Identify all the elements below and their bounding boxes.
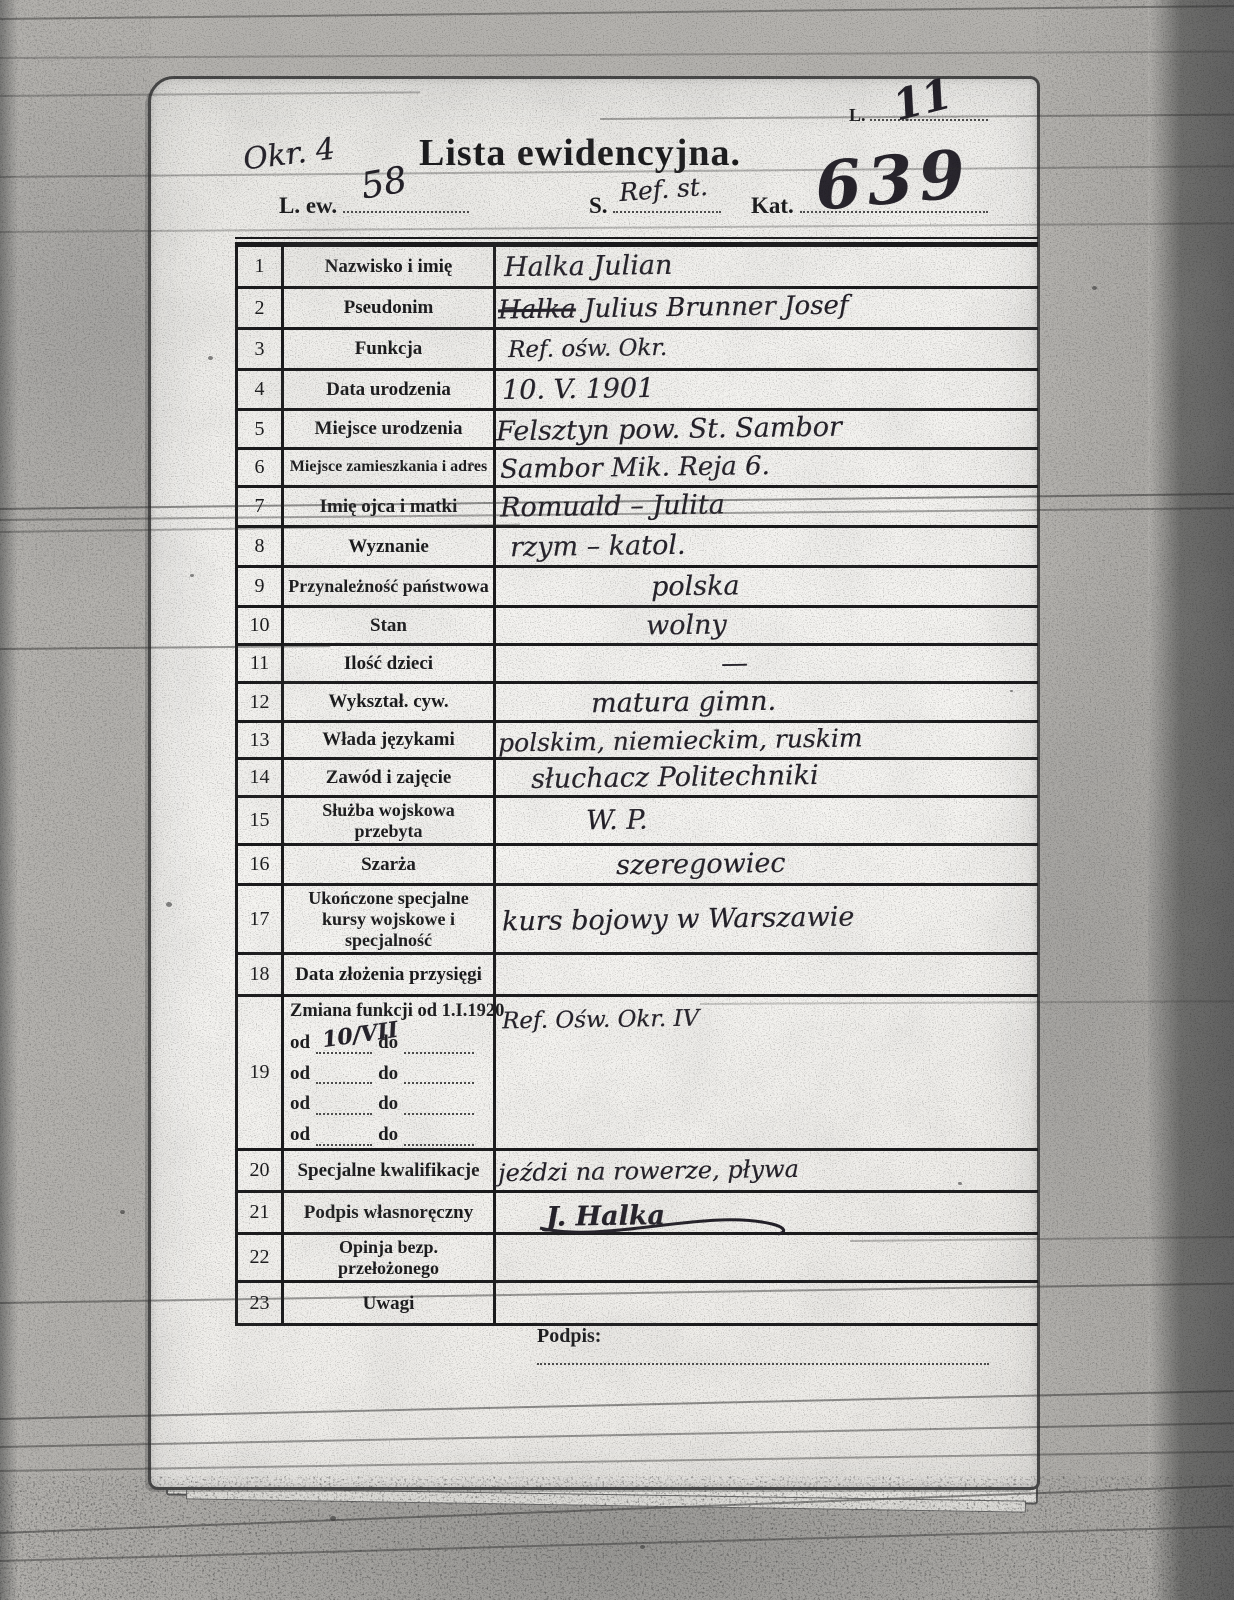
- row-label: Szarża: [284, 846, 496, 883]
- field-l-label: L.: [849, 105, 866, 125]
- row-number-text: 10: [250, 614, 270, 637]
- dotted-line: [316, 1070, 372, 1084]
- field-s-label: S.: [589, 193, 608, 218]
- row-value: Halka Julius Brunner Josef: [496, 289, 1038, 327]
- handwritten-value: Ref. ośw. Okr.: [508, 335, 667, 363]
- row-label-text: Miejsce urodzenia: [315, 418, 463, 440]
- table-row: 13Włada językamipolskim, niemieckim, rus…: [238, 723, 1038, 760]
- field-kat-label: Kat.: [751, 193, 794, 218]
- row-number-text: 13: [250, 729, 270, 752]
- row-value: W. P.: [496, 798, 1038, 843]
- row-label-text: Nazwisko i imię: [325, 256, 453, 278]
- row-label-text: Data urodzenia: [326, 379, 451, 401]
- handwritten-s-value: Ref. st.: [618, 172, 709, 207]
- row-number-text: 12: [250, 691, 270, 714]
- scan-right-dark-strip: [1148, 0, 1234, 1600]
- row-number-text: 21: [250, 1201, 270, 1224]
- footer-podpis: Podpis:: [537, 1325, 1037, 1371]
- row-label-text: Data złożenia przysięgi: [295, 964, 482, 986]
- handwritten-value: Ref. Ośw. Okr. IV: [496, 1006, 699, 1035]
- do-label: do: [378, 1124, 398, 1146]
- row-number-text: 23: [250, 1292, 270, 1315]
- row-number-text: 9: [255, 575, 265, 598]
- scanned-document: Okr. 4 Lista ewidencyjna. L. 11 L. ew. 5…: [0, 0, 1234, 1600]
- row-label: Data urodzenia: [284, 371, 496, 408]
- table-row: 15Służba wojskowa przebytaW. P.: [238, 798, 1038, 846]
- row-label: Specjalne kwalifikacje: [284, 1151, 496, 1190]
- field-l-ew-label: L. ew.: [279, 193, 337, 218]
- handwritten-value: kurs bojowy w Warszawie: [502, 901, 855, 937]
- row-label-zmiana-funkcji: Zmiana funkcji od 1.I.1920oddooddooddood…: [284, 997, 496, 1148]
- row-value: Sambor Mik. Reja 6.: [496, 450, 1038, 485]
- row-label: Przynależność państwowa: [284, 568, 496, 605]
- handwritten-value: W. P.: [586, 805, 648, 837]
- table-row: 12Wykształ. cyw.matura gimn.: [238, 684, 1038, 723]
- handwritten-value: Felsztyn pow. St. Sambor: [496, 411, 842, 447]
- ink-speck: [640, 1545, 645, 1549]
- handwritten-value: szeregowiec: [616, 848, 786, 881]
- row-number: 2: [238, 289, 284, 327]
- row-value: Ref. ośw. Okr.: [496, 330, 1038, 368]
- row-number: 10: [238, 608, 284, 643]
- ink-speck: [120, 1210, 125, 1214]
- ink-speck: [330, 1516, 336, 1521]
- handwritten-value: rzym – katol.: [510, 530, 686, 563]
- row-number-text: 15: [250, 809, 270, 832]
- handwritten-value: Halka Julius Brunner Josef: [498, 291, 849, 326]
- row-number: 4: [238, 371, 284, 408]
- table-row: 23Uwagi: [238, 1283, 1038, 1326]
- table-row: 4Data urodzenia10. V. 1901: [238, 371, 1038, 411]
- table-row: 10Stanwolny: [238, 608, 1038, 646]
- row-number: 22: [238, 1235, 284, 1280]
- row-label: Zawód i zajęcie: [284, 760, 496, 795]
- od-do-line: oddo: [290, 1093, 489, 1115]
- ink-speck: [905, 118, 909, 121]
- row-label-text: Wyznanie: [348, 536, 429, 558]
- row-label-text: Przynależność państwowa: [288, 576, 489, 597]
- od-do-line: oddo: [290, 1124, 489, 1146]
- ink-speck: [470, 462, 473, 464]
- row-number-text: 19: [250, 1061, 270, 1084]
- table-row: 1Nazwisko i imięHalka Julian: [238, 247, 1038, 289]
- od-do-line: oddo: [290, 1063, 489, 1085]
- dotted-line: [316, 1132, 372, 1146]
- row-number: 12: [238, 684, 284, 720]
- handwriting-text: Julius Brunner Josef: [576, 291, 849, 325]
- row-label: Ukończone specjalne kursy wojskowe i spe…: [284, 886, 496, 952]
- dotted-line: [404, 1101, 474, 1115]
- row-value: J. Halka: [496, 1193, 1038, 1232]
- do-label: do: [378, 1063, 398, 1085]
- row-number: 15: [238, 798, 284, 843]
- table-row: 17Ukończone specjalne kursy wojskowe i s…: [238, 886, 1038, 955]
- row-label: Wyznanie: [284, 528, 496, 565]
- footer-podpis-label: Podpis:: [537, 1325, 601, 1347]
- handwritten-value: Sambor Mik. Reja 6.: [500, 451, 770, 485]
- row-value: Felsztyn pow. St. Sambor: [496, 411, 1038, 447]
- row-value: szeregowiec: [496, 846, 1038, 883]
- row-number-text: 3: [255, 338, 265, 361]
- row-value: matura gimn.: [496, 684, 1038, 720]
- row-number-text: 14: [250, 766, 270, 789]
- row-number-text: 2: [255, 297, 265, 320]
- od-label: od: [290, 1093, 310, 1115]
- row-value: polskim, niemieckim, ruskim: [496, 723, 1038, 757]
- struck-text: Halka: [498, 294, 576, 325]
- row-value: Romuald – Julita: [496, 488, 1038, 525]
- ink-speck: [166, 902, 172, 907]
- row-label: Imię ojca i matki: [284, 488, 496, 525]
- row-label-text: Stan: [370, 615, 407, 637]
- row-label-text: Szarża: [361, 854, 416, 876]
- row-value: jeździ na rowerze, pływa: [496, 1151, 1038, 1190]
- row-label: Stan: [284, 608, 496, 643]
- row-value: polska: [496, 568, 1038, 605]
- row-number-text: 6: [255, 456, 265, 479]
- row-label-text: Ilość dzieci: [344, 653, 433, 675]
- row-number-text: 20: [250, 1159, 270, 1182]
- row-number: 13: [238, 723, 284, 757]
- row-value: [496, 1235, 1038, 1280]
- row-label-text: Zawód i zajęcie: [326, 767, 452, 789]
- handwritten-value: matura gimn.: [591, 685, 776, 719]
- row-label: Wykształ. cyw.: [284, 684, 496, 720]
- table-row: 20Specjalne kwalifikacjejeździ na rowerz…: [238, 1151, 1038, 1193]
- form-table: 1Nazwisko i imięHalka Julian2PseudonimHa…: [235, 242, 1038, 1326]
- row-number: 6: [238, 450, 284, 485]
- do-label: do: [378, 1093, 398, 1115]
- row-label: Nazwisko i imię: [284, 247, 496, 286]
- row-number: 5: [238, 411, 284, 447]
- handwritten-value: polskim, niemieckim, ruskim: [498, 723, 863, 757]
- row-number-text: 18: [250, 963, 270, 986]
- table-row: 3FunkcjaRef. ośw. Okr.: [238, 330, 1038, 371]
- handwritten-value: polska: [651, 570, 740, 602]
- page-content: Okr. 4 Lista ewidencyjna. L. 11 L. ew. 5…: [151, 79, 1037, 1487]
- table-row: 2PseudonimHalka Julius Brunner Josef: [238, 289, 1038, 330]
- row-number: 1: [238, 247, 284, 286]
- handwritten-value: słuchacz Politechniki: [531, 760, 819, 795]
- handwritten-value: Halka Julian: [504, 250, 673, 283]
- table-row: 21Podpis własnoręcznyJ. Halka: [238, 1193, 1038, 1235]
- handwritten-value: jeździ na rowerze, pływa: [498, 1154, 799, 1186]
- row-number: 20: [238, 1151, 284, 1190]
- table-row: 7Imię ojca i matkiRomuald – Julita: [238, 488, 1038, 528]
- od-label: od: [290, 1032, 310, 1054]
- row-number: 11: [238, 646, 284, 681]
- ink-speck: [1010, 690, 1013, 692]
- ink-speck: [958, 1182, 962, 1185]
- handwritten-district-note: Okr. 4: [241, 132, 337, 178]
- row-value: wolny: [496, 608, 1038, 643]
- row-number: 18: [238, 955, 284, 994]
- row-number: 23: [238, 1283, 284, 1323]
- ink-speck: [190, 574, 194, 577]
- row-label: Ilość dzieci: [284, 646, 496, 681]
- row-label-text: Podpis własnoręczny: [304, 1202, 473, 1224]
- row-label: Opinja bezp. przełożonego: [284, 1235, 496, 1280]
- row-label-text: Ukończone specjalne kursy wojskowe i spe…: [287, 888, 490, 950]
- row-number-text: 8: [255, 535, 265, 558]
- scan-right-gutter: [1038, 0, 1148, 1600]
- row-number-text: 16: [250, 853, 270, 876]
- handwritten-value: Romuald – Julita: [500, 489, 725, 523]
- table-row: 5Miejsce urodzeniaFelsztyn pow. St. Samb…: [238, 411, 1038, 450]
- od-label: od: [290, 1124, 310, 1146]
- ink-speck: [1092, 286, 1097, 290]
- row-number-text: 17: [250, 908, 270, 931]
- handwritten-value: 10. V. 1901: [502, 373, 655, 406]
- row-label-text: Włada językami: [322, 729, 454, 751]
- dotted-line: [343, 199, 469, 213]
- form-title: Lista ewidencyjna.: [419, 131, 741, 175]
- dotted-line: [537, 1351, 989, 1365]
- table-row: 14Zawód i zajęciesłuchacz Politechniki: [238, 760, 1038, 798]
- row-label: Włada językami: [284, 723, 496, 757]
- row-number: 14: [238, 760, 284, 795]
- handwritten-l-ew-number: 58: [358, 159, 410, 207]
- row-number-text: 4: [255, 378, 265, 401]
- row-label: Miejsce urodzenia: [284, 411, 496, 447]
- row-value: rzym – katol.: [496, 528, 1038, 565]
- table-row: 18Data złożenia przysięgi: [238, 955, 1038, 997]
- row-value: Halka Julian: [496, 247, 1038, 286]
- row-number-text: 1: [255, 255, 265, 278]
- row-label-text: Służba wojskowa przebyta: [287, 800, 490, 841]
- row-value: kurs bojowy w Warszawie: [496, 886, 1038, 952]
- document-page: Okr. 4 Lista ewidencyjna. L. 11 L. ew. 5…: [148, 76, 1040, 1490]
- row-label: Funkcja: [284, 330, 496, 368]
- table-row: 22Opinja bezp. przełożonego: [238, 1235, 1038, 1283]
- handwritten-dash: —: [721, 648, 748, 679]
- dotted-line: [404, 1040, 474, 1054]
- row-label: Podpis własnoręczny: [284, 1193, 496, 1232]
- handwritten-kat-number: 639: [812, 134, 974, 225]
- row-label: Data złożenia przysięgi: [284, 955, 496, 994]
- dotted-line: [316, 1101, 372, 1115]
- row-number: 8: [238, 528, 284, 565]
- scan-left-shadow-band: [0, 0, 18, 1600]
- row-number-text: 22: [250, 1246, 270, 1269]
- row-value: 10. V. 1901: [496, 371, 1038, 408]
- row-label: Służba wojskowa przebyta: [284, 798, 496, 843]
- row-number: 19: [238, 997, 284, 1148]
- dotted-line: [404, 1132, 474, 1146]
- table-row: 19Zmiana funkcji od 1.I.1920oddooddooddo…: [238, 997, 1038, 1151]
- ink-speck: [286, 150, 290, 153]
- table-row: 11Ilość dzieci—: [238, 646, 1038, 684]
- row-label-text: Opinja bezp. przełożonego: [287, 1237, 490, 1278]
- row-label: Uwagi: [284, 1283, 496, 1323]
- row-label-text: Specjalne kwalifikacje: [297, 1160, 479, 1182]
- dotted-line: [404, 1070, 474, 1084]
- table-row: 9Przynależność państwowapolska: [238, 568, 1038, 608]
- row-number-text: 5: [255, 418, 265, 441]
- table-row: 16Szarżaszeregowiec: [238, 846, 1038, 886]
- row-value: —: [496, 646, 1038, 681]
- ink-speck: [208, 356, 213, 360]
- handwritten-value: wolny: [646, 609, 727, 641]
- row-number: 3: [238, 330, 284, 368]
- row-number: 16: [238, 846, 284, 883]
- row-number: 21: [238, 1193, 284, 1232]
- table-row: 8Wyznanierzym – katol.: [238, 528, 1038, 568]
- row-label-text: Pseudonim: [344, 297, 434, 319]
- row-value: Ref. Ośw. Okr. IV: [496, 997, 1038, 1148]
- row-label-text: Funkcja: [355, 338, 423, 360]
- table-row: 6Miejsce zamieszkania i adresSambor Mik.…: [238, 450, 1038, 488]
- row-value: słuchacz Politechniki: [496, 760, 1038, 795]
- row-number: 17: [238, 886, 284, 952]
- row-label-text: Wykształ. cyw.: [328, 691, 448, 713]
- row-label-text: Miejsce zamieszkania i adres: [290, 458, 487, 476]
- row-value: [496, 955, 1038, 994]
- row-label: Miejsce zamieszkania i adres: [284, 450, 496, 485]
- row-number-text: 11: [250, 652, 269, 675]
- row-label: Pseudonim: [284, 289, 496, 327]
- od-label: od: [290, 1063, 310, 1085]
- row-number: 9: [238, 568, 284, 605]
